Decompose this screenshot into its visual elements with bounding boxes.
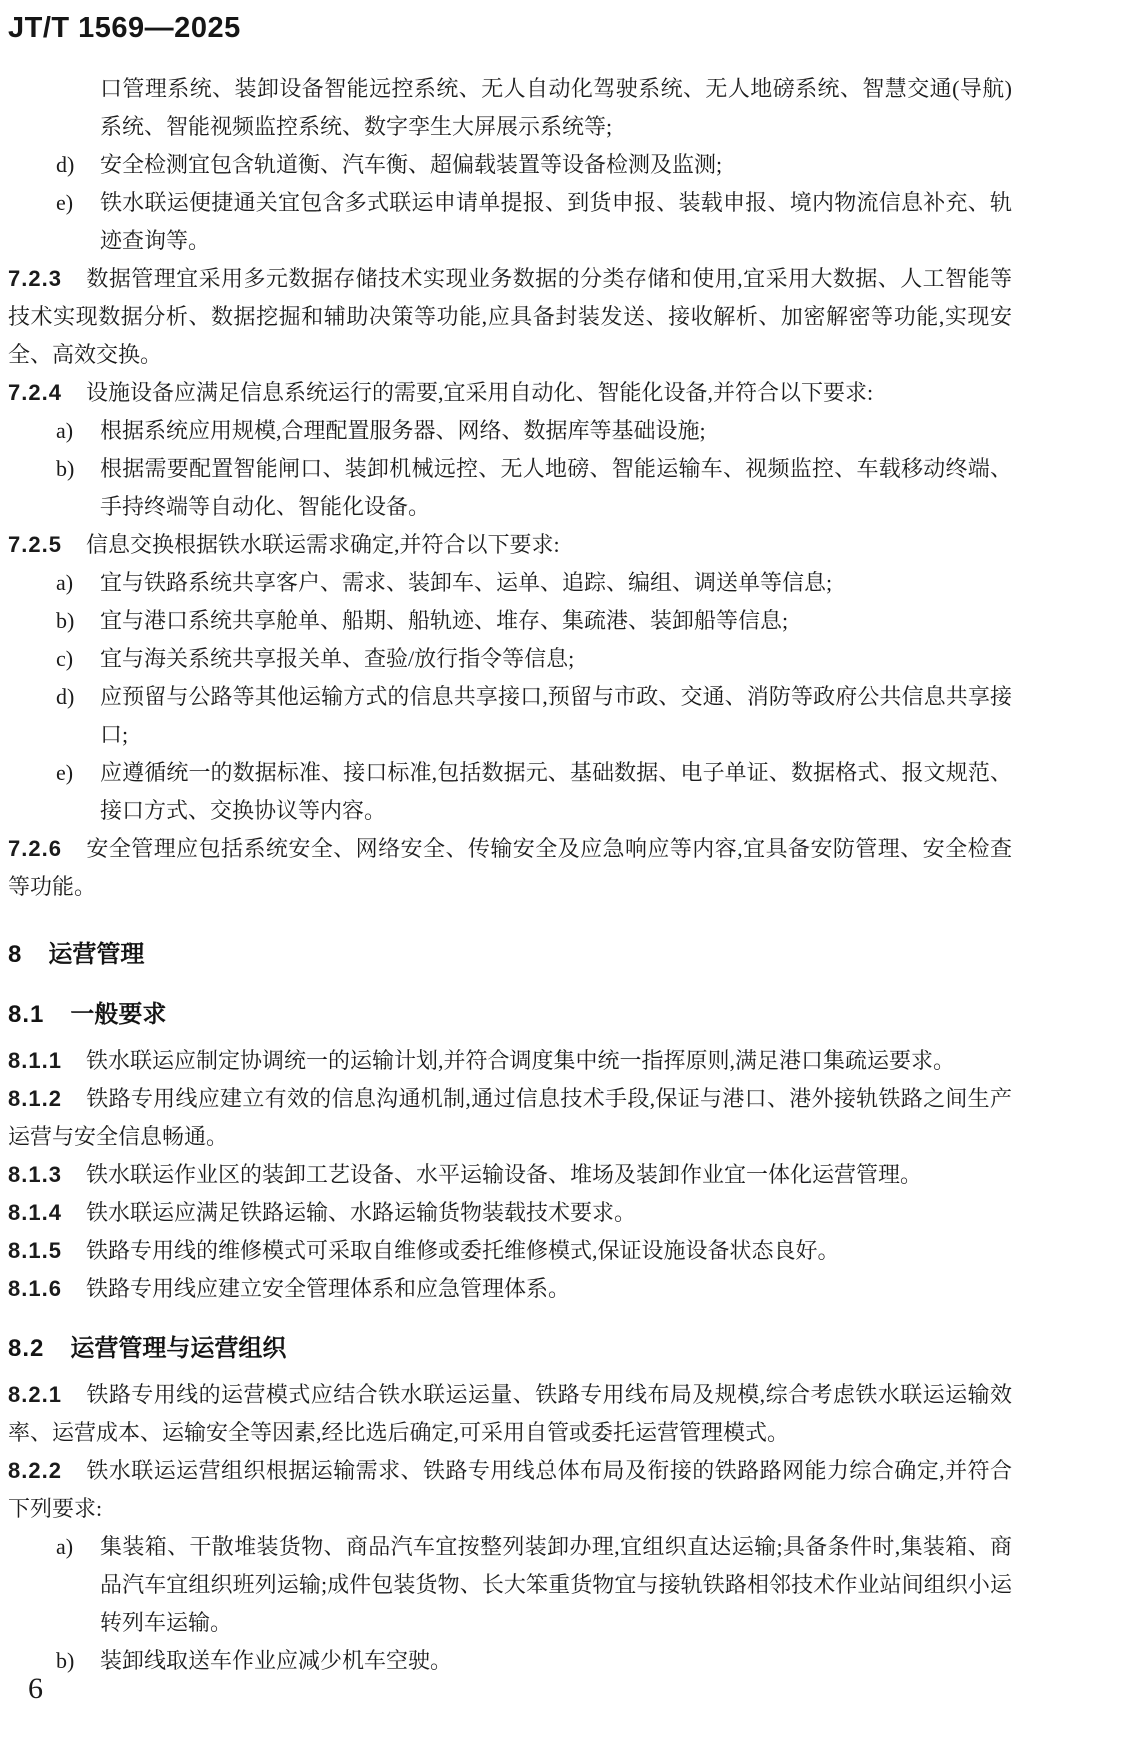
document-page: JT/T 1569—2025 口管理系统、装卸设备智能远控系统、无人自动化驾驶系… (0, 0, 1122, 1738)
list-item-label: d) (56, 678, 74, 716)
list-item: b)装卸线取送车作业应减少机车空驶。 (8, 1642, 1012, 1680)
clause-text: 信息交换根据铁水联运需求确定,并符合以下要求: (86, 532, 560, 557)
list-item-text: 应遵循统一的数据标准、接口标准,包括数据元、基础数据、电子单证、数据格式、报文规… (100, 760, 1012, 823)
clause-paragraph: 8.1.1铁水联运应制定协调统一的运输计划,并符合调度集中统一指挥原则,满足港口… (8, 1042, 1012, 1080)
clause-text: 安全管理应包括系统安全、网络安全、传输安全及应急响应等内容,宜具备安防管理、安全… (8, 836, 1012, 899)
clause-text: 铁水联运应制定协调统一的运输计划,并符合调度集中统一指挥原则,满足港口集疏运要求… (86, 1048, 955, 1073)
list-item-label: e) (56, 754, 73, 792)
clause-number: 8.2.2 (8, 1458, 62, 1483)
paragraph-text: 口管理系统、装卸设备智能远控系统、无人自动化驾驶系统、无人地磅系统、智慧交通(导… (100, 76, 1012, 139)
heading-number: 8 (8, 941, 22, 968)
page-number: 6 (28, 1672, 43, 1706)
clause-number: 8.1.6 (8, 1276, 62, 1301)
list-item-text: 根据系统应用规模,合理配置服务器、网络、数据库等基础设施; (100, 418, 706, 443)
clause-text: 铁路专用线应建立有效的信息沟通机制,通过信息技术手段,保证与港口、港外接轨铁路之… (8, 1086, 1012, 1149)
list-item-label: a) (56, 412, 73, 450)
clause-paragraph: 7.2.3数据管理宜采用多元数据存储技术实现业务数据的分类存储和使用,宜采用大数… (8, 260, 1012, 374)
clause-paragraph: 8.1.3铁水联运作业区的装卸工艺设备、水平运输设备、堆场及装卸作业宜一体化运营… (8, 1156, 1012, 1194)
list-item: d)安全检测宜包含轨道衡、汽车衡、超偏载装置等设备检测及监测; (8, 146, 1012, 184)
clause-number: 7.2.6 (8, 836, 62, 861)
clause-paragraph: 7.2.5信息交换根据铁水联运需求确定,并符合以下要求: (8, 526, 1012, 564)
list-item: b)宜与港口系统共享舱单、船期、船轨迹、堆存、集疏港、装卸船等信息; (8, 602, 1012, 640)
list-item-label: c) (56, 640, 73, 678)
clause-text: 铁水联运应满足铁路运输、水路运输货物装载技术要求。 (86, 1200, 636, 1225)
list-item-text: 铁水联运便捷通关宜包含多式联运申请单提报、到货申报、装载申报、境内物流信息补充、… (100, 190, 1012, 253)
clause-text: 铁路专用线的维修模式可采取自维修或委托维修模式,保证设施设备状态良好。 (86, 1238, 840, 1263)
clause-text: 铁路专用线的运营模式应结合铁水联运运量、铁路专用线布局及规模,综合考虑铁水联运运… (8, 1382, 1012, 1445)
clause-paragraph: 8.1.5铁路专用线的维修模式可采取自维修或委托维修模式,保证设施设备状态良好。 (8, 1232, 1012, 1270)
list-item: a)宜与铁路系统共享客户、需求、装卸车、运单、追踪、编组、调送单等信息; (8, 564, 1012, 602)
list-item-label: b) (56, 1642, 74, 1680)
clause-paragraph: 8.1.6铁路专用线应建立安全管理体系和应急管理体系。 (8, 1270, 1012, 1308)
clause-number: 7.2.3 (8, 266, 62, 291)
clause-text: 数据管理宜采用多元数据存储技术实现业务数据的分类存储和使用,宜采用大数据、人工智… (8, 266, 1012, 367)
heading-title: 运营管理 (48, 941, 144, 968)
clause-paragraph: 7.2.4设施设备应满足信息系统运行的需要,宜采用自动化、智能化设备,并符合以下… (8, 374, 1012, 412)
list-item-text: 根据需要配置智能闸口、装卸机械远控、无人地磅、智能运输车、视频监控、车载移动终端… (100, 456, 1012, 519)
clause-paragraph: 8.1.4铁水联运应满足铁路运输、水路运输货物装载技术要求。 (8, 1194, 1012, 1232)
list-item: e)铁水联运便捷通关宜包含多式联运申请单提报、到货申报、装载申报、境内物流信息补… (8, 184, 1012, 260)
list-item-label: b) (56, 450, 74, 488)
clause-text: 设施设备应满足信息系统运行的需要,宜采用自动化、智能化设备,并符合以下要求: (86, 380, 873, 405)
clause-text: 铁水联运作业区的装卸工艺设备、水平运输设备、堆场及装卸作业宜一体化运营管理。 (86, 1162, 922, 1187)
subsection-heading: 8.2运营管理与运营组织 (8, 1330, 1012, 1368)
section-heading: 8运营管理 (8, 936, 1012, 974)
list-item-text: 宜与港口系统共享舱单、船期、船轨迹、堆存、集疏港、装卸船等信息; (100, 608, 788, 633)
clause-paragraph: 8.2.1铁路专用线的运营模式应结合铁水联运运量、铁路专用线布局及规模,综合考虑… (8, 1376, 1012, 1452)
heading-number: 8.2 (8, 1335, 44, 1362)
clause-paragraph: 8.2.2铁水联运运营组织根据运输需求、铁路专用线总体布局及衔接的铁路路网能力综… (8, 1452, 1012, 1528)
list-item-text: 应预留与公路等其他运输方式的信息共享接口,预留与市政、交通、消防等政府公共信息共… (100, 684, 1012, 747)
subsection-heading: 8.1一般要求 (8, 996, 1012, 1034)
clause-text: 铁水联运运营组织根据运输需求、铁路专用线总体布局及衔接的铁路路网能力综合确定,并… (8, 1458, 1012, 1521)
list-item: d)应预留与公路等其他运输方式的信息共享接口,预留与市政、交通、消防等政府公共信… (8, 678, 1012, 754)
list-item: a)根据系统应用规模,合理配置服务器、网络、数据库等基础设施; (8, 412, 1012, 450)
list-item: c)宜与海关系统共享报关单、查验/放行指令等信息; (8, 640, 1012, 678)
continued-list-text: 口管理系统、装卸设备智能远控系统、无人自动化驾驶系统、无人地磅系统、智慧交通(导… (8, 70, 1012, 146)
list-item-label: e) (56, 184, 73, 222)
clause-number: 7.2.5 (8, 532, 62, 557)
heading-title: 运营管理与运营组织 (70, 1335, 286, 1362)
clause-text: 铁路专用线应建立安全管理体系和应急管理体系。 (86, 1276, 570, 1301)
list-item-text: 装卸线取送车作业应减少机车空驶。 (100, 1648, 452, 1673)
clause-number: 8.1.1 (8, 1048, 62, 1073)
clause-number: 8.2.1 (8, 1382, 62, 1407)
list-item: a)集装箱、干散堆装货物、商品汽车宜按整列装卸办理,宜组织直达运输;具备条件时,… (8, 1528, 1012, 1642)
clause-number: 8.1.5 (8, 1238, 62, 1263)
clause-number: 8.1.3 (8, 1162, 62, 1187)
clause-number: 8.1.2 (8, 1086, 62, 1111)
list-item-label: a) (56, 1528, 73, 1566)
clause-number: 8.1.4 (8, 1200, 62, 1225)
list-item-text: 宜与铁路系统共享客户、需求、装卸车、运单、追踪、编组、调送单等信息; (100, 570, 832, 595)
document-body: 口管理系统、装卸设备智能远控系统、无人自动化驾驶系统、无人地磅系统、智慧交通(导… (8, 70, 1012, 1680)
list-item: e)应遵循统一的数据标准、接口标准,包括数据元、基础数据、电子单证、数据格式、报… (8, 754, 1012, 830)
list-item-label: b) (56, 602, 74, 640)
standard-code-header: JT/T 1569—2025 (8, 12, 241, 45)
list-item-label: a) (56, 564, 73, 602)
list-item: b)根据需要配置智能闸口、装卸机械远控、无人地磅、智能运输车、视频监控、车载移动… (8, 450, 1012, 526)
heading-number: 8.1 (8, 1001, 44, 1028)
clause-paragraph: 8.1.2铁路专用线应建立有效的信息沟通机制,通过信息技术手段,保证与港口、港外… (8, 1080, 1012, 1156)
list-item-text: 安全检测宜包含轨道衡、汽车衡、超偏载装置等设备检测及监测; (100, 152, 722, 177)
clause-paragraph: 7.2.6安全管理应包括系统安全、网络安全、传输安全及应急响应等内容,宜具备安防… (8, 830, 1012, 906)
list-item-text: 集装箱、干散堆装货物、商品汽车宜按整列装卸办理,宜组织直达运输;具备条件时,集装… (100, 1534, 1012, 1635)
heading-title: 一般要求 (70, 1001, 166, 1028)
list-item-text: 宜与海关系统共享报关单、查验/放行指令等信息; (100, 646, 574, 671)
list-item-label: d) (56, 146, 74, 184)
clause-number: 7.2.4 (8, 380, 62, 405)
